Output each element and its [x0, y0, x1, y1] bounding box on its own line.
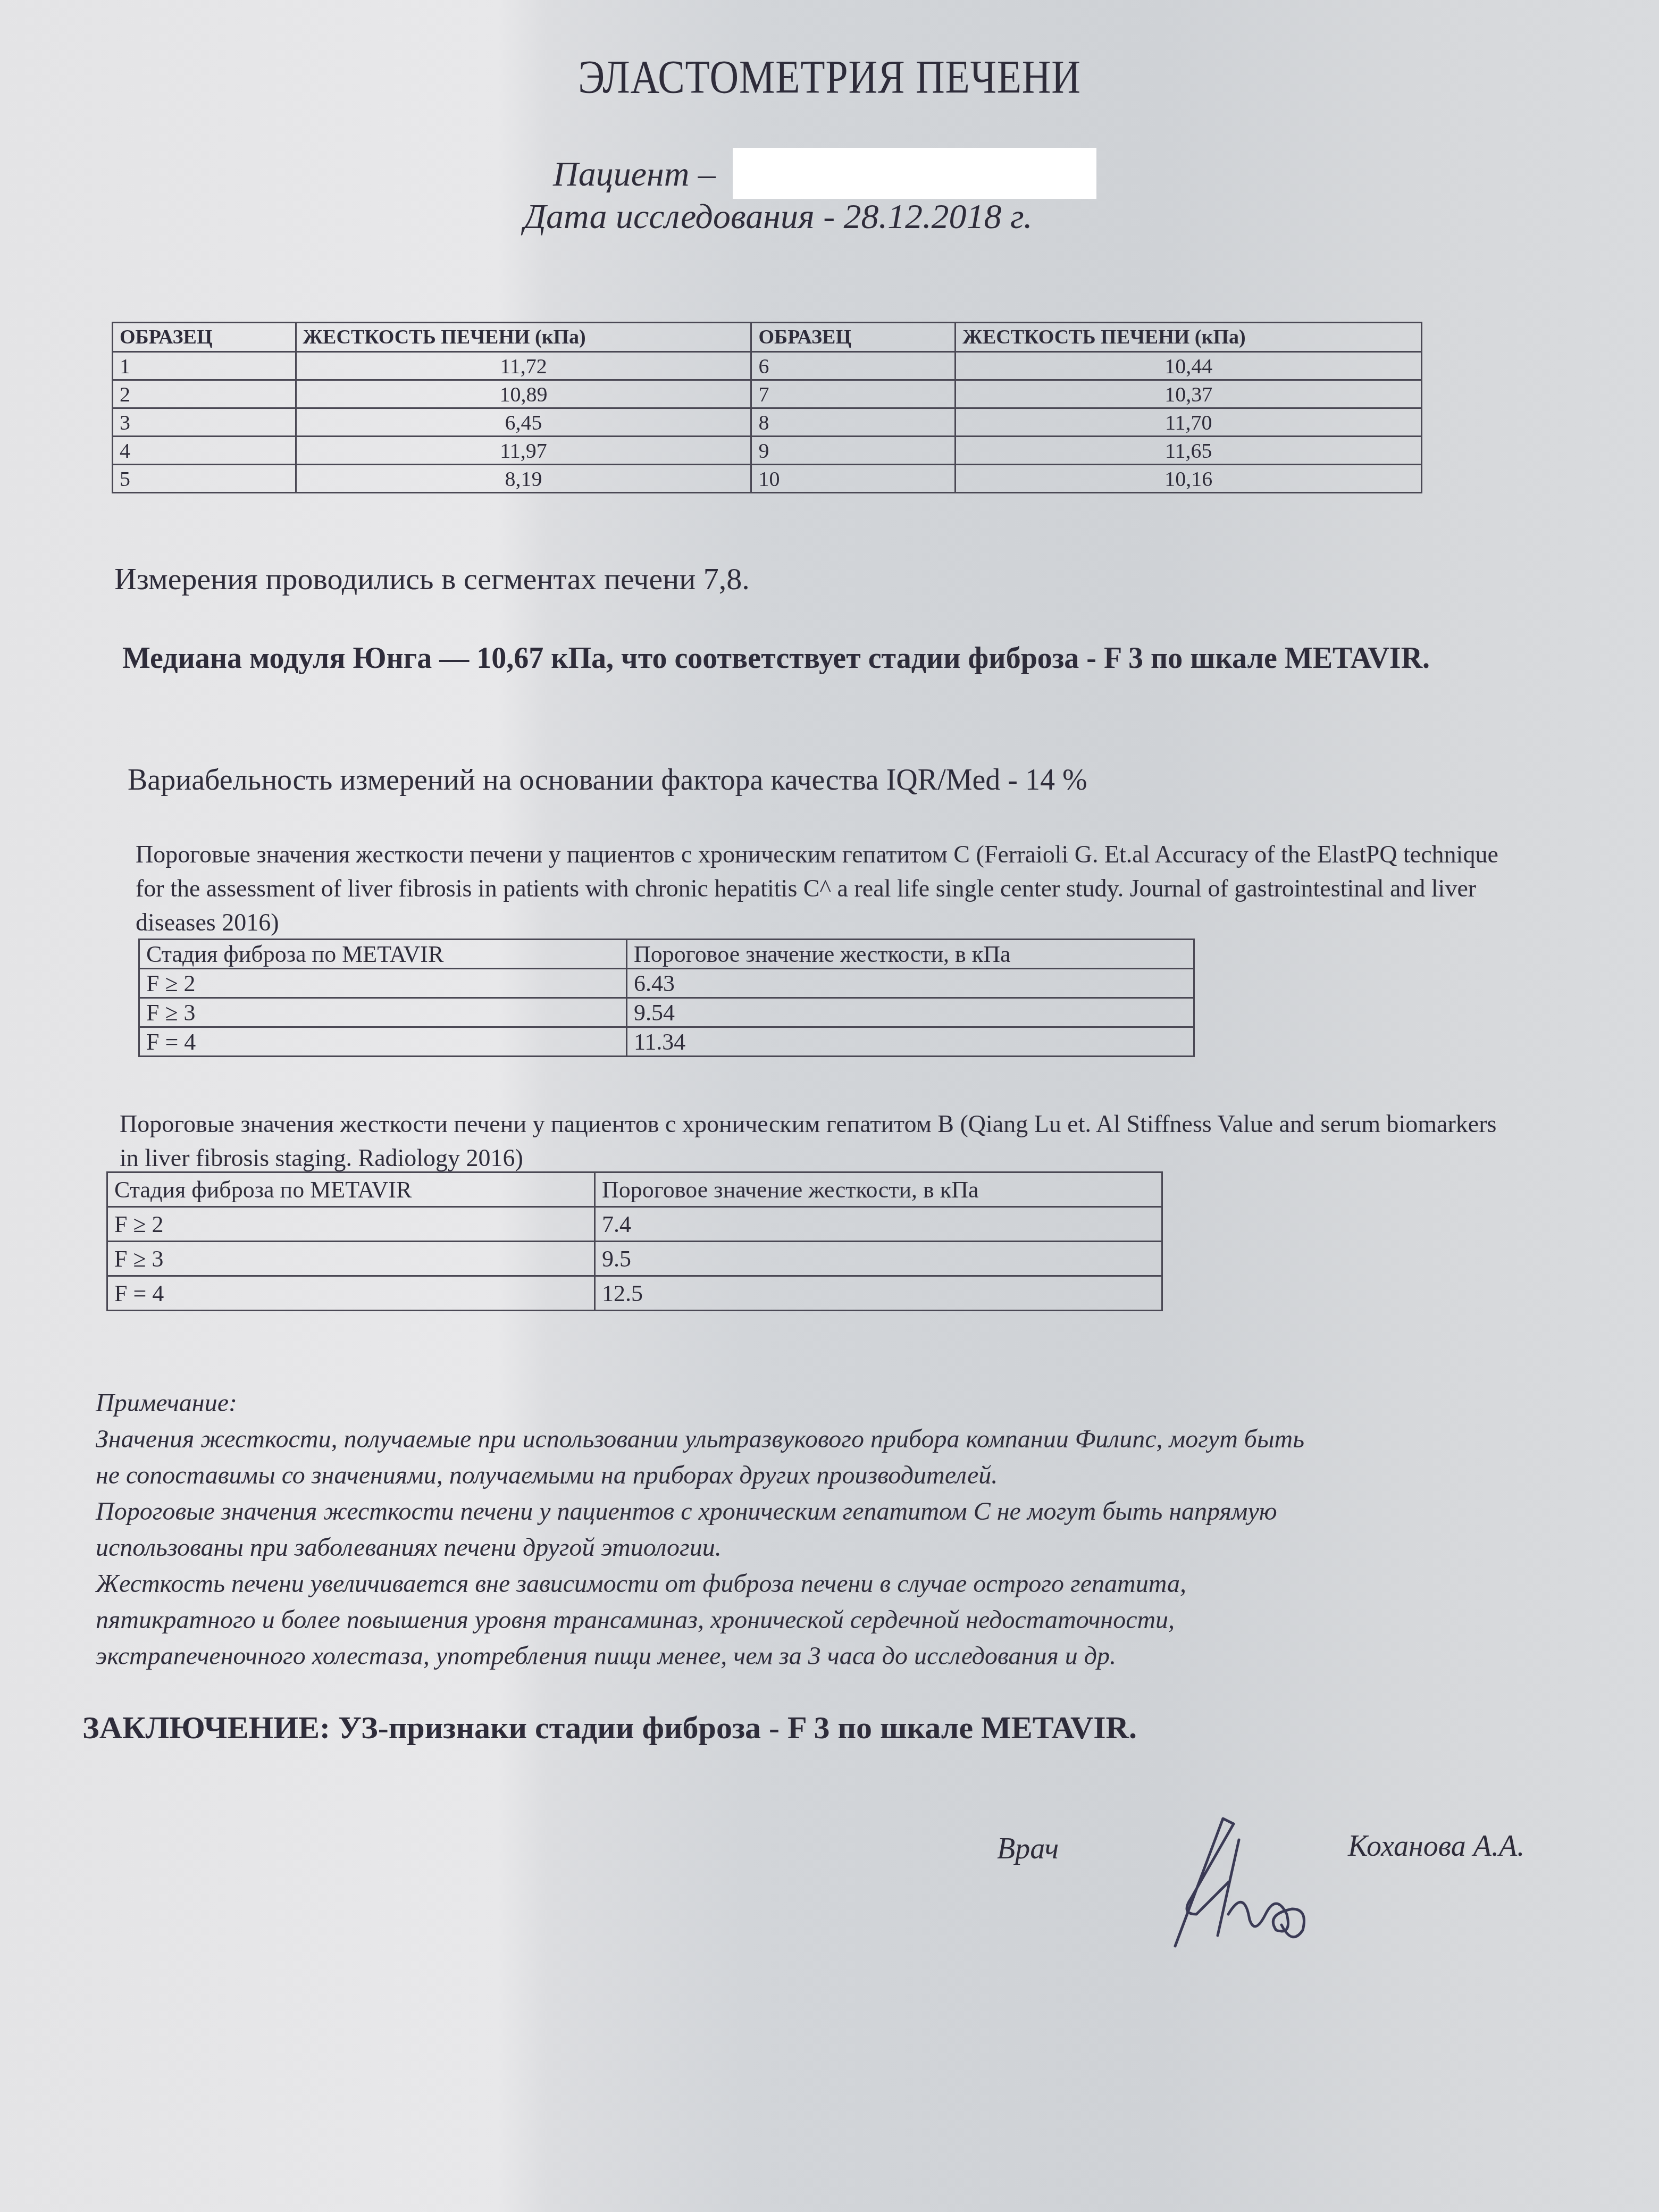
- threshold-value: 9.54: [627, 998, 1194, 1027]
- table-row: F ≥ 39.54: [139, 998, 1194, 1027]
- sample-id: 8: [751, 408, 956, 437]
- stiffness-value: 10,37: [956, 380, 1422, 408]
- table-row: 111,72610,44: [113, 352, 1422, 380]
- table-row: 36,45811,70: [113, 408, 1422, 437]
- patient-name-redaction: [733, 148, 1096, 199]
- hepatitis-b-threshold-table: Стадия фиброза по METAVIR Пороговое знач…: [106, 1171, 1163, 1311]
- signature-mark: [1159, 1808, 1340, 1967]
- threshold-value: 7.4: [595, 1207, 1162, 1242]
- stiffness-value: 8,19: [296, 465, 751, 493]
- doctor-name: Коханова А.А.: [1348, 1829, 1524, 1863]
- table-row: 58,191010,16: [113, 465, 1422, 493]
- document-title: ЭЛАСТОМЕТРИЯ ПЕЧЕНИ: [116, 51, 1543, 104]
- sample-id: 3: [113, 408, 296, 437]
- header-stiffness: ЖЕСТКОСТЬ ПЕЧЕНИ (кПа): [956, 323, 1422, 352]
- threshold-value: 12.5: [595, 1276, 1162, 1311]
- table-row: F ≥ 26.43: [139, 969, 1194, 998]
- sample-id: 9: [751, 437, 956, 465]
- threshold-value: 9.5: [595, 1242, 1162, 1276]
- stiffness-value: 6,45: [296, 408, 751, 437]
- fibrosis-stage: F ≥ 2: [107, 1207, 595, 1242]
- note-line: Пороговые значения жесткости печени у па…: [96, 1494, 1563, 1530]
- table-row: 210,89710,37: [113, 380, 1422, 408]
- samples-table: ОБРАЗЕЦ ЖЕСТКОСТЬ ПЕЧЕНИ (кПа) ОБРАЗЕЦ Ж…: [112, 322, 1422, 493]
- note-line: не сопоставимы со значениями, получаемым…: [96, 1457, 1563, 1494]
- fibrosis-stage: F = 4: [107, 1276, 595, 1311]
- hepatitis-c-caption: Пороговые значения жесткости печени у па…: [136, 837, 1529, 940]
- table-row: F ≥ 39.5: [107, 1242, 1162, 1276]
- header-stage: Стадия фиброза по METAVIR: [107, 1172, 595, 1207]
- header-threshold: Пороговое значение жесткости, в кПа: [627, 940, 1194, 969]
- note-line: экстрапеченочного холестаза, употреблени…: [96, 1638, 1563, 1674]
- table-row: 411,97911,65: [113, 437, 1422, 465]
- sample-id: 5: [113, 465, 296, 493]
- note-line: пятикратного и более повышения уровня тр…: [96, 1602, 1563, 1638]
- header-stage: Стадия фиброза по METAVIR: [139, 940, 627, 969]
- table-row: F = 412.5: [107, 1276, 1162, 1311]
- header-threshold: Пороговое значение жесткости, в кПа: [595, 1172, 1162, 1207]
- threshold-value: 11.34: [627, 1027, 1194, 1057]
- header-stiffness: ЖЕСТКОСТЬ ПЕЧЕНИ (кПа): [296, 323, 751, 352]
- note-line: Жесткость печени увеличивается вне завис…: [96, 1566, 1563, 1602]
- sample-id: 2: [113, 380, 296, 408]
- stiffness-value: 10,16: [956, 465, 1422, 493]
- patient-label: Пациент –: [553, 154, 716, 195]
- table-row: F ≥ 27.4: [107, 1207, 1162, 1242]
- sample-id: 4: [113, 437, 296, 465]
- document-page: ЭЛАСТОМЕТРИЯ ПЕЧЕНИ Пациент – Дата иссле…: [0, 0, 1659, 2212]
- fibrosis-stage: F ≥ 2: [139, 969, 627, 998]
- note-line: использованы при заболеваниях печени дру…: [96, 1530, 1563, 1566]
- stiffness-value: 10,44: [956, 352, 1422, 380]
- variability-text: Вариабельность измерений на основании фа…: [128, 763, 1087, 797]
- fibrosis-stage: F = 4: [139, 1027, 627, 1057]
- stiffness-value: 11,70: [956, 408, 1422, 437]
- sample-id: 7: [751, 380, 956, 408]
- fibrosis-stage: F ≥ 3: [107, 1242, 595, 1276]
- fibrosis-stage: F ≥ 3: [139, 998, 627, 1027]
- sample-id: 6: [751, 352, 956, 380]
- conclusion: ЗАКЛЮЧЕНИЕ: УЗ-признаки стадии фиброза -…: [82, 1710, 1137, 1746]
- sample-id: 1: [113, 352, 296, 380]
- stiffness-value: 10,89: [296, 380, 751, 408]
- stiffness-value: 11,65: [956, 437, 1422, 465]
- stiffness-value: 11,97: [296, 437, 751, 465]
- note-line: Значения жесткости, получаемые при испол…: [96, 1421, 1563, 1457]
- study-date: Дата исследования - 28.12.2018 г.: [524, 197, 1032, 237]
- hepatitis-c-threshold-table: Стадия фиброза по METAVIR Пороговое знач…: [138, 939, 1195, 1057]
- median-text: Медиана модуля Юнга — 10,67 кПа, что соо…: [122, 635, 1505, 681]
- threshold-value: 6.43: [627, 969, 1194, 998]
- stiffness-value: 11,72: [296, 352, 751, 380]
- note-block: Примечание: Значения жесткости, получаем…: [96, 1385, 1563, 1674]
- segments-text: Измерения проводились в сегментах печени…: [114, 561, 750, 597]
- table-row: F = 411.34: [139, 1027, 1194, 1057]
- header-sample: ОБРАЗЕЦ: [751, 323, 956, 352]
- doctor-role: Врач: [997, 1832, 1059, 1866]
- note-heading: Примечание:: [96, 1385, 1563, 1421]
- sample-id: 10: [751, 465, 956, 493]
- header-sample: ОБРАЗЕЦ: [113, 323, 296, 352]
- hepatitis-b-caption: Пороговые значения жесткости печени у па…: [120, 1107, 1513, 1175]
